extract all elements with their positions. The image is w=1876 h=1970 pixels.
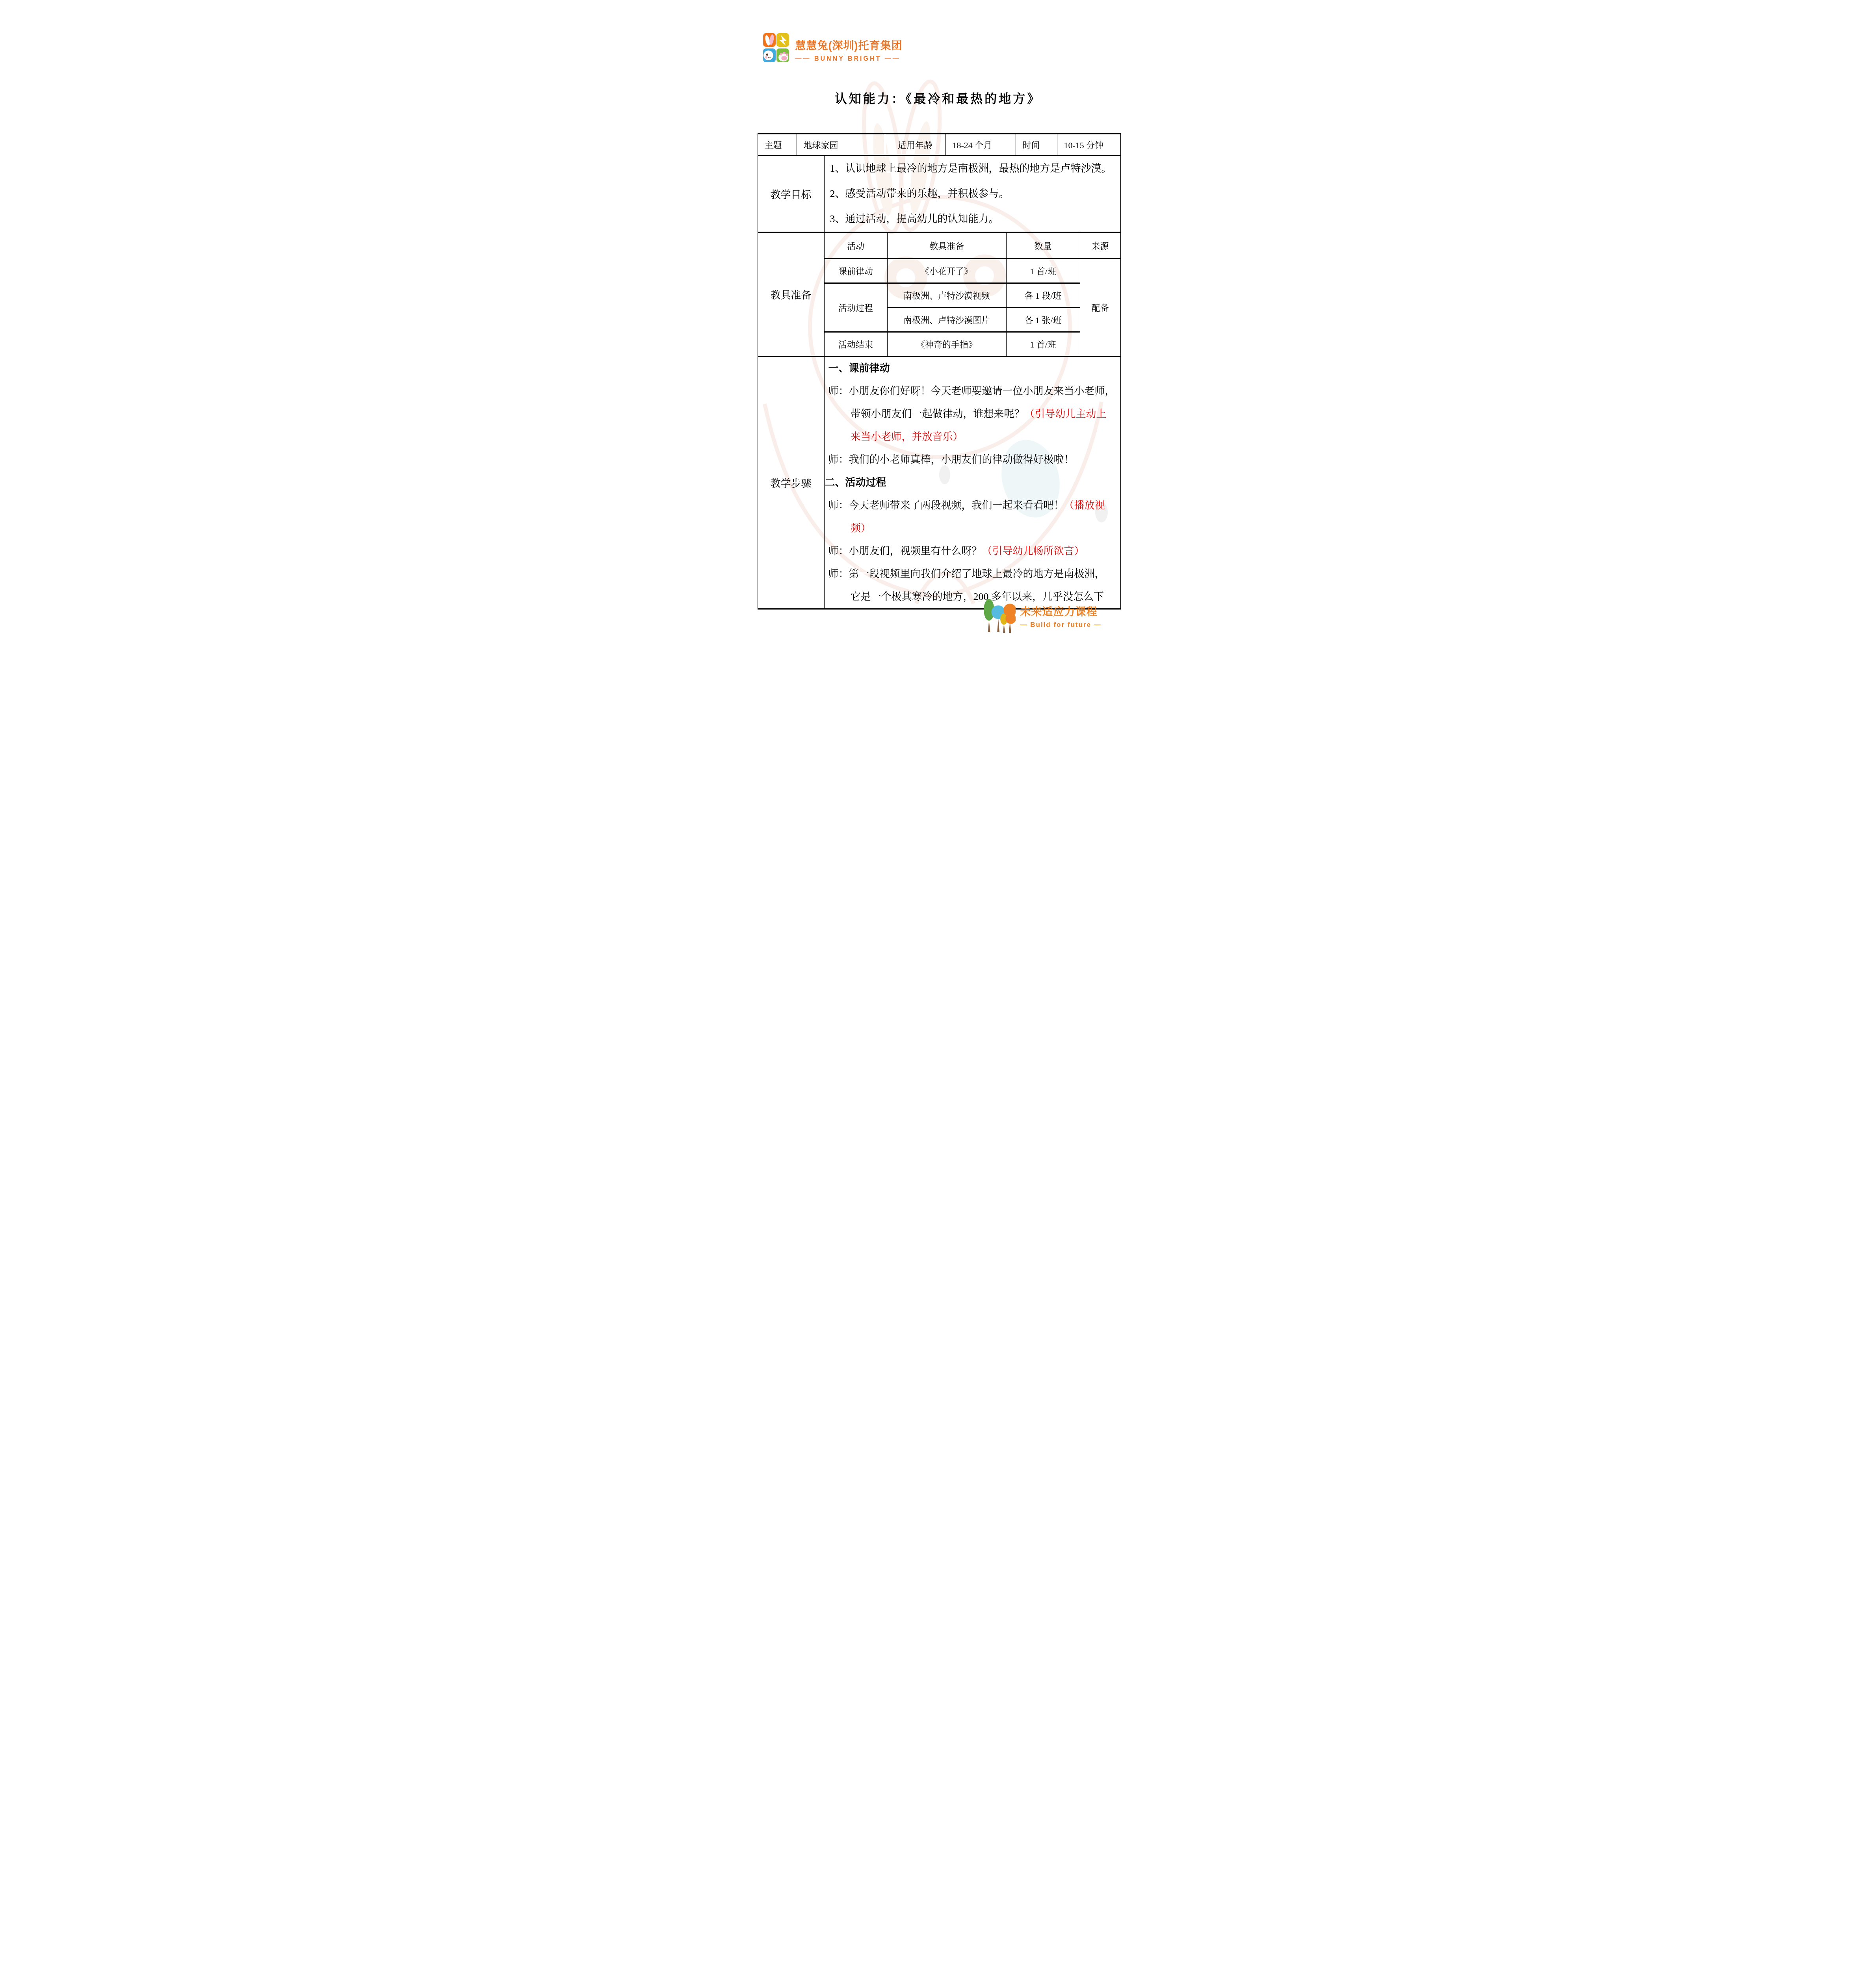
material-cell: 南极洲、卢特沙漠图片 xyxy=(887,308,1006,332)
theme-value: 地球家园 xyxy=(797,134,885,155)
step-line: 来当小老师，并放音乐） xyxy=(825,426,1120,448)
document-page: 慧慧兔(深圳)托育集团 —— BUNNY BRIGHT —— 认知能力：《最冷和… xyxy=(704,0,1173,663)
theme-label: 主题 xyxy=(758,134,797,155)
col-header-activity: 活动 xyxy=(824,232,887,259)
objective-item: 1、认识地球上最冷的地方是南极洲，最热的地方是卢特沙漠。 xyxy=(825,156,1120,181)
col-header-quantity: 数量 xyxy=(1006,232,1080,259)
objectives-content: 1、认识地球上最冷的地方是南极洲，最热的地方是卢特沙漠。 2、感受活动带来的乐趣… xyxy=(824,156,1120,232)
quantity-cell: 各 1 段/班 xyxy=(1006,283,1080,308)
table-row: 教学目标 1、认识地球上最冷的地方是南极洲，最热的地方是卢特沙漠。 2、感受活动… xyxy=(758,156,1120,232)
age-label: 适用年龄 xyxy=(885,134,945,155)
footer-slogan: — Build for future — xyxy=(1020,621,1101,629)
material-cell: 《神奇的手指》 xyxy=(887,332,1006,356)
step-line: 频） xyxy=(825,517,1120,540)
step-line: 师：小朋友你们好呀！今天老师要邀请一位小朋友来当小老师， xyxy=(825,380,1120,403)
step-line: 带领小朋友们一起做律动，谁想来呢？（引导幼儿主动上 xyxy=(825,403,1120,426)
quantity-cell: 1 首/班 xyxy=(1006,259,1080,283)
step-line: 师：第一段视频里向我们介绍了地球上最冷的地方是南极洲， xyxy=(825,563,1120,585)
activity-cell: 课前律动 xyxy=(824,259,887,283)
time-label: 时间 xyxy=(1016,134,1057,155)
steps-section: 教学步骤 一、课前律动 师：小朋友你们好呀！今天老师要邀请一位小朋友来当小老师，… xyxy=(758,356,1121,610)
steps-content: 一、课前律动 师：小朋友你们好呀！今天老师要邀请一位小朋友来当小老师， 带领小朋… xyxy=(824,357,1120,609)
material-cell: 《小花开了》 xyxy=(887,259,1006,283)
brand-tagline: —— BUNNY BRIGHT —— xyxy=(795,56,903,63)
material-cell: 南极洲、卢特沙漠视频 xyxy=(887,283,1006,308)
step-line: 师：今天老师带来了两段视频，我们一起来看看吧！（播放视 xyxy=(825,494,1120,517)
lesson-table: 主题 地球家园 适用年龄 18-24 个月 时间 10-15 分钟 教学目标 1… xyxy=(758,133,1120,610)
step-line: 师：我们的小老师真棒，小朋友们的律动做得好极啦！ xyxy=(825,448,1120,471)
col-header-source: 来源 xyxy=(1080,232,1120,259)
bunny-tiles-icon xyxy=(763,33,790,62)
objective-item: 2、感受活动带来的乐趣，并积极参与。 xyxy=(825,181,1120,206)
brand-name: 慧慧兔(深圳)托育集团 xyxy=(795,37,903,52)
materials-section: 教具准备 活动 教具准备 数量 来源 课前律动 《小花开了》 1 首/班 配备 … xyxy=(758,232,1121,356)
step-heading: 一、课前律动 xyxy=(825,357,1120,380)
objective-item: 3、通过活动，提高幼儿的认知能力。 xyxy=(825,206,1120,232)
meta-row: 主题 地球家园 适用年龄 18-24 个月 时间 10-15 分钟 xyxy=(758,133,1121,155)
activity-cell: 活动过程 xyxy=(824,283,887,332)
objectives-label: 教学目标 xyxy=(758,156,824,232)
col-header-materials: 教具准备 xyxy=(887,232,1006,259)
table-row: 主题 地球家园 适用年龄 18-24 个月 时间 10-15 分钟 xyxy=(758,134,1120,155)
age-value: 18-24 个月 xyxy=(945,134,1016,155)
step-line: 师：小朋友们，视频里有什么呀？（引导幼儿畅所欲言） xyxy=(825,540,1120,563)
steps-label: 教学步骤 xyxy=(758,357,824,609)
page-title: 认知能力：《最冷和最热的地方》 xyxy=(704,89,1173,106)
time-value: 10-15 分钟 xyxy=(1057,134,1120,155)
table-row: 教学步骤 一、课前律动 师：小朋友你们好呀！今天老师要邀请一位小朋友来当小老师，… xyxy=(758,357,1120,609)
trees-icon xyxy=(983,598,1016,634)
step-heading: 二、活动过程 xyxy=(825,471,1120,494)
footer-course-name: 未来适应力课程 xyxy=(1020,603,1101,619)
table-row: 教具准备 活动 教具准备 数量 来源 xyxy=(758,232,1120,259)
header-logo: 慧慧兔(深圳)托育集团 —— BUNNY BRIGHT —— xyxy=(763,33,903,63)
objectives-row: 教学目标 1、认识地球上最冷的地方是南极洲，最热的地方是卢特沙漠。 2、感受活动… xyxy=(758,155,1121,232)
quantity-cell: 1 首/班 xyxy=(1006,332,1080,356)
activity-cell: 活动结束 xyxy=(824,332,887,356)
footer-logo: 未来适应力课程 — Build for future — xyxy=(983,598,1101,634)
materials-label: 教具准备 xyxy=(758,232,824,356)
source-cell: 配备 xyxy=(1080,259,1120,356)
quantity-cell: 各 1 张/班 xyxy=(1006,308,1080,332)
